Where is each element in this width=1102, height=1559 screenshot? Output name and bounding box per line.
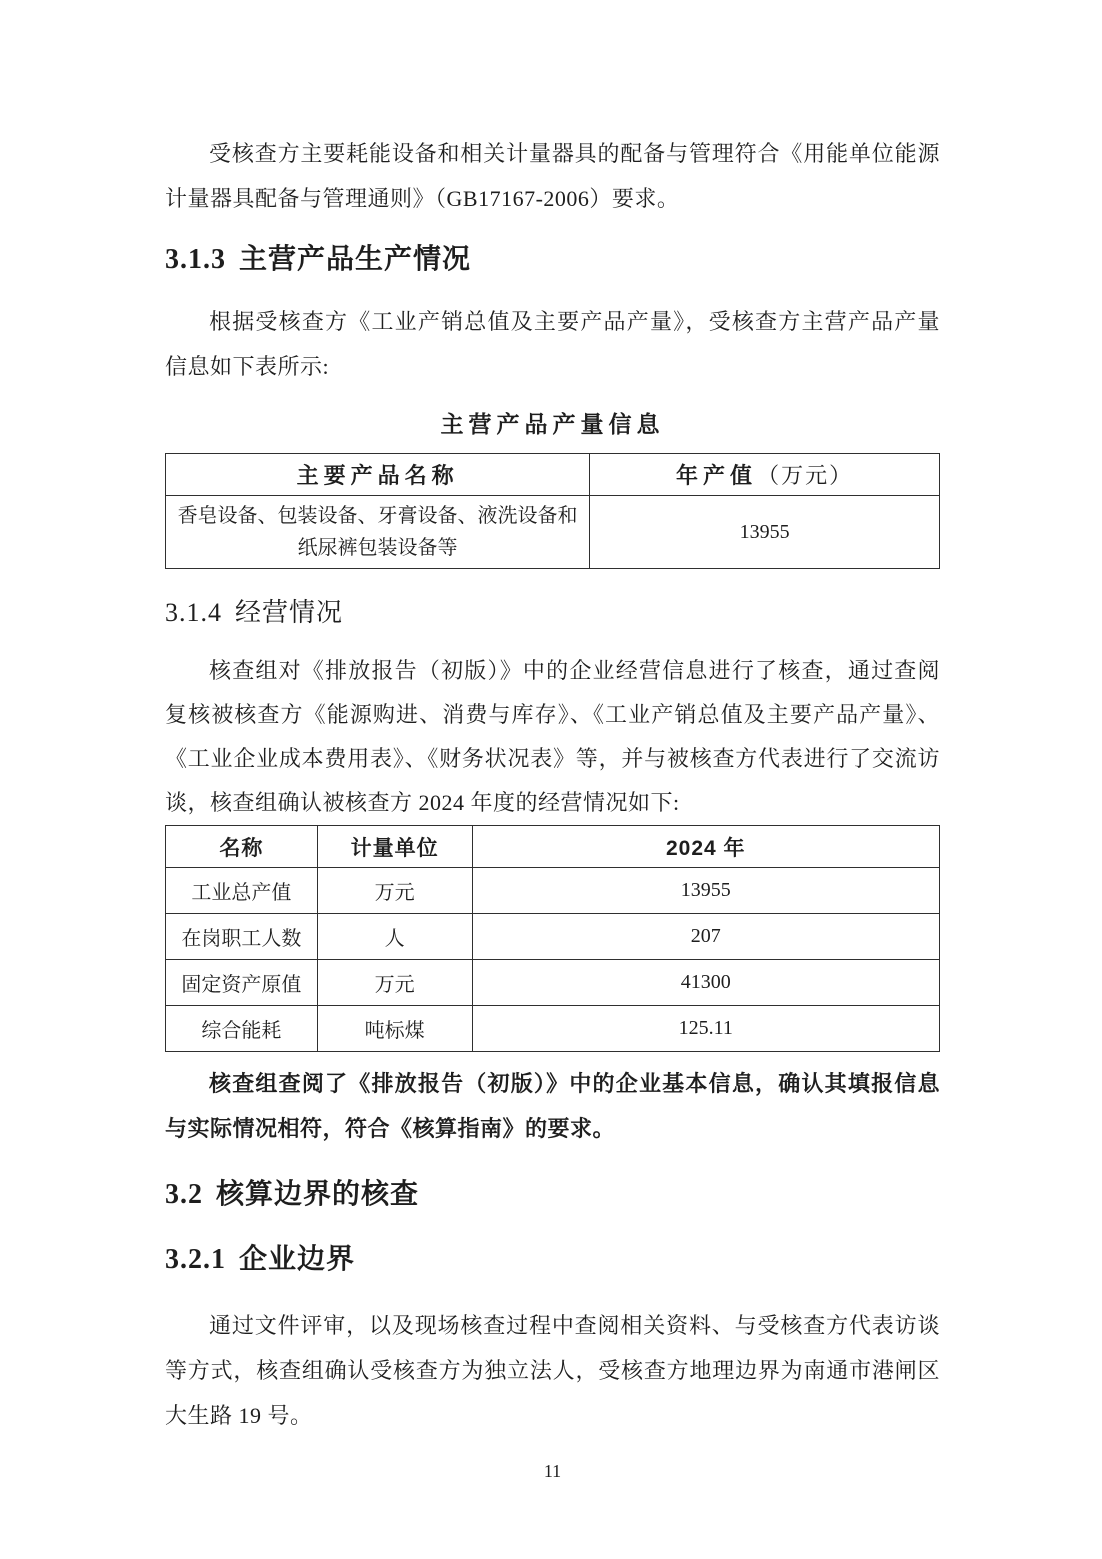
heading-3-2-1: 3.2.1企业边界 [165, 1239, 940, 1280]
cell-name: 固定资产原值 [166, 960, 318, 1006]
annual-output-unit: （万元） [757, 463, 853, 488]
cell-unit: 万元 [317, 960, 472, 1006]
col-header-annual-output: 年产值（万元） [590, 454, 940, 496]
section-title: 核算边界的核查 [216, 1178, 419, 1209]
section-title: 经营情况 [235, 598, 343, 627]
col-header-unit: 计量单位 [317, 826, 472, 868]
table-operating: 名称 计量单位 2024 年 工业总产值 万元 13955 在岗职工人数 人 2… [165, 825, 940, 1052]
table-header-row: 名称 计量单位 2024 年 [166, 826, 940, 868]
cell-name: 综合能耗 [166, 1006, 318, 1052]
section-title: 企业边界 [239, 1243, 355, 1274]
heading-3-1-4: 3.1.4经营情况 [165, 593, 940, 633]
table-row: 综合能耗 吨标煤 125.11 [166, 1006, 940, 1052]
table-header-row: 主要产品名称 年产值（万元） [166, 454, 940, 496]
para-operating-review: 核查组对《排放报告（初版）》中的企业经营信息进行了核查，通过查阅复核被核查方《能… [165, 649, 940, 825]
cell-name: 在岗职工人数 [166, 914, 318, 960]
cell-product-name: 香皂设备、包装设备、牙膏设备、液洗设备和纸尿裤包装设备等 [166, 496, 590, 569]
section-number: 3.2.1 [165, 1244, 226, 1275]
para-metering-compliance: 受核查方主要耗能设备和相关计量器具的配备与管理符合《用能单位能源计量器具配备与管… [165, 131, 940, 221]
table-row: 在岗职工人数 人 207 [166, 914, 940, 960]
col-header-name: 名称 [166, 826, 318, 868]
para-confirmation: 核查组查阅了《排放报告（初版）》中的企业基本信息，确认其填报信息与实际情况相符，… [165, 1061, 940, 1151]
table-products: 主要产品名称 年产值（万元） 香皂设备、包装设备、牙膏设备、液洗设备和纸尿裤包装… [165, 453, 940, 569]
col-header-year: 2024 年 [472, 826, 940, 868]
col-header-product-name: 主要产品名称 [166, 454, 590, 496]
cell-name: 工业总产值 [166, 868, 318, 914]
table-products-title: 主营产品产量信息 [165, 409, 940, 439]
cell-unit: 吨标煤 [317, 1006, 472, 1052]
para-enterprise-boundary: 通过文件评审，以及现场核查过程中查阅相关资料、与受核查方代表访谈等方式，核查组确… [165, 1303, 940, 1438]
section-number: 3.1.3 [165, 244, 226, 275]
cell-value: 13955 [472, 868, 940, 914]
page-number: 11 [165, 1458, 940, 1484]
document-page: 受核查方主要耗能设备和相关计量器具的配备与管理符合《用能单位能源计量器具配备与管… [0, 0, 1102, 1559]
section-number: 3.1.4 [165, 598, 222, 627]
para-main-products: 根据受核查方《工业产销总值及主要产品产量》，受核查方主营产品产量信息如下表所示: [165, 299, 940, 389]
table-row: 工业总产值 万元 13955 [166, 868, 940, 914]
cell-value: 207 [472, 914, 940, 960]
annual-output-label: 年产值 [676, 463, 757, 488]
cell-value: 125.11 [472, 1006, 940, 1052]
heading-3-2: 3.2核算边界的核查 [165, 1174, 940, 1215]
section-number: 3.2 [165, 1179, 203, 1210]
table-row: 香皂设备、包装设备、牙膏设备、液洗设备和纸尿裤包装设备等 13955 [166, 496, 940, 569]
cell-unit: 万元 [317, 868, 472, 914]
cell-annual-output: 13955 [590, 496, 940, 569]
cell-unit: 人 [317, 914, 472, 960]
cell-value: 41300 [472, 960, 940, 1006]
table-row: 固定资产原值 万元 41300 [166, 960, 940, 1006]
section-title: 主营产品生产情况 [239, 243, 471, 274]
heading-3-1-3: 3.1.3主营产品生产情况 [165, 239, 940, 280]
